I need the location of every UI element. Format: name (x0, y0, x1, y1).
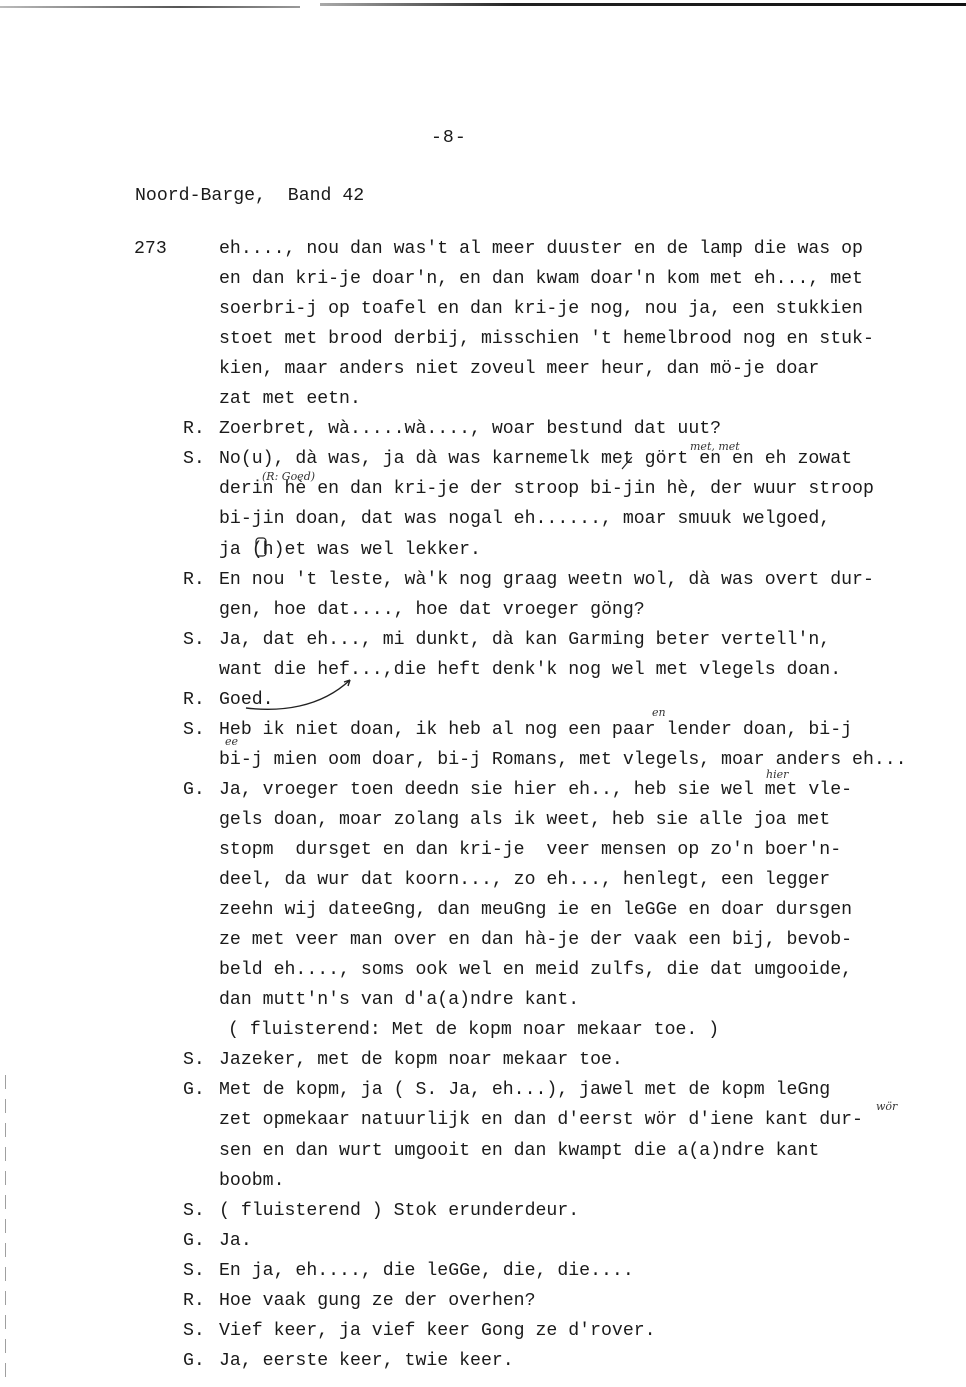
speaker-label: S. (183, 1320, 205, 1342)
transcript-line: Ja, eerste keer, twie keer. (219, 1350, 514, 1372)
speaker-label: G. (183, 1079, 205, 1101)
speaker-label: R. (183, 1290, 205, 1312)
speaker-label: S. (183, 1049, 205, 1071)
handwritten-note: (R: Goed) (262, 470, 315, 483)
transcript-line: Vief keer, ja vief keer Gong ze d'rover. (219, 1320, 656, 1342)
handwritten-note: hier (766, 768, 788, 781)
transcript-line: zat met eetn. (219, 388, 361, 410)
transcript-line: ( fluisterend ) Stok erunderdeur. (219, 1200, 579, 1222)
transcript-line: stopm dursget en dan kri-je veer mensen … (219, 839, 841, 861)
speaker-label: S. (183, 629, 205, 651)
transcript-line: gels doan, moar zolang als ik weet, heb … (219, 809, 830, 831)
pen-arrow-mark (240, 672, 360, 732)
handwritten-note: met, met (690, 440, 740, 453)
transcript-line: soerbri-j op toafel en dan kri-je nog, n… (219, 298, 863, 320)
document-header: Noord-Barge, Band 42 (135, 186, 364, 206)
scan-artifact-left-edge (5, 1075, 6, 1387)
pen-slash-mark (618, 453, 638, 473)
transcript-line: zet opmekaar natuurlijk en dan d'eerst w… (219, 1109, 863, 1131)
handwritten-note: en (652, 706, 666, 719)
transcript-line: derin hè en dan kri-je der stroop bi-jin… (219, 478, 874, 500)
transcript-line: Zoerbret, wà.....wà...., woar bestund da… (219, 418, 721, 440)
speaker-label: R. (183, 569, 205, 591)
transcript-line: zeehn wij dateeGng, dan meuGng ie en leG… (219, 899, 852, 921)
transcript-line: dan mutt'n's van d'a(a)ndre kant. (219, 989, 579, 1011)
transcript-line: stoet met brood derbij, misschien 't hem… (219, 328, 874, 350)
transcript-line: Hoe vaak gung ze der overhen? (219, 1290, 536, 1312)
transcript-line: beld eh...., soms ook wel en meid zulfs,… (219, 959, 852, 981)
speaker-label: R. (183, 418, 205, 440)
transcript-line: gen, hoe dat...., hoe dat vroeger göng? (219, 599, 645, 621)
transcript-line: Ja, dat eh..., mi dunkt, dà kan Garming … (219, 629, 830, 651)
transcript-line: eh...., nou dan was't al meer duuster en… (219, 238, 863, 260)
bracket-mark (254, 536, 270, 560)
speaker-label: S. (183, 1260, 205, 1282)
transcript-line: Ja, vroeger toen deedn sie hier eh.., he… (219, 779, 852, 801)
transcript-line: ze met veer man over en dan hà-je der va… (219, 929, 852, 951)
page-number: -8- (431, 128, 467, 148)
transcript-line: En nou 't leste, wà'k nog graag weetn wo… (219, 569, 874, 591)
speaker-label: R. (183, 689, 205, 711)
transcript-line: en dan kri-je doar'n, en dan kwam doar'n… (219, 268, 863, 290)
handwritten-note: wör (876, 1100, 897, 1113)
speaker-label: S. (183, 448, 205, 470)
transcript-line: Jazeker, met de kopm noar mekaar toe. (219, 1049, 623, 1071)
speaker-label: S. (183, 719, 205, 741)
transcript-line: No(u), dà was, ja dà was karnemelk met g… (219, 448, 852, 470)
transcript-line: En ja, eh...., die leGGe, die, die.... (219, 1260, 634, 1282)
scan-artifact-top-left (0, 6, 300, 8)
transcript-line: Met de kopm, ja ( S. Ja, eh...), jawel m… (219, 1079, 830, 1101)
line-number: 273 (134, 238, 167, 260)
handwritten-note: ee (225, 735, 238, 748)
transcript-line: sen en dan wurt umgooit en dan kwampt di… (219, 1140, 819, 1162)
transcript-line: kien, maar anders niet zoveul meer heur,… (219, 358, 819, 380)
speaker-label: G. (183, 1230, 205, 1252)
transcript-line: ( fluisterend: Met de kopm noar mekaar t… (228, 1019, 719, 1041)
speaker-label: G. (183, 779, 205, 801)
transcript-line: deel, da wur dat koorn..., zo eh..., hen… (219, 869, 830, 891)
speaker-label: G. (183, 1350, 205, 1372)
speaker-label: S. (183, 1200, 205, 1222)
transcript-line: Ja. (219, 1230, 252, 1252)
transcript-line: bi-jin doan, dat was nogal eh......, moa… (219, 508, 830, 530)
transcript-line: bi-j mien oom doar, bi-j Romans, met vle… (219, 749, 907, 771)
scan-artifact-top-right (320, 3, 966, 6)
transcript-line: boobm. (219, 1170, 285, 1192)
